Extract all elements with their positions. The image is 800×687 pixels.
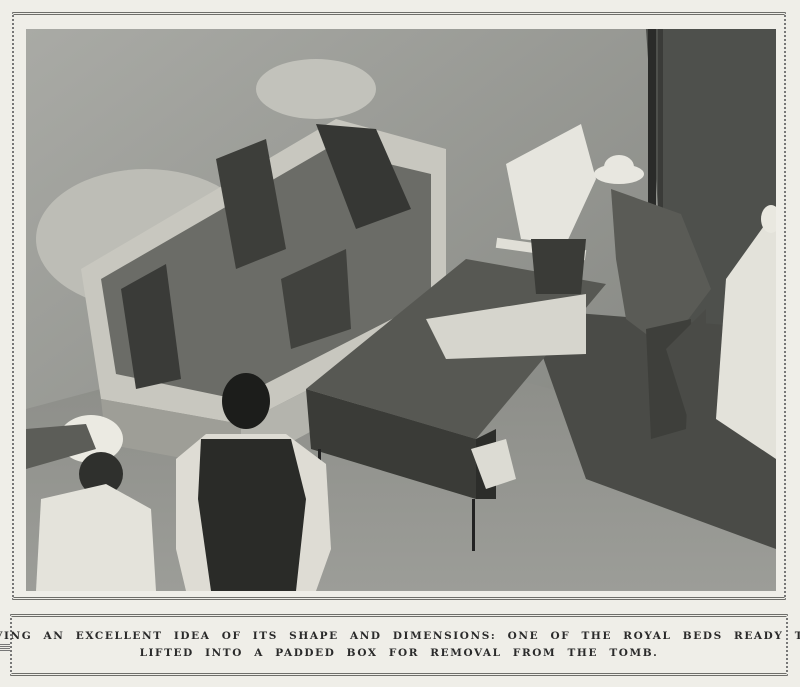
photo-scene [26,29,776,591]
caption-box: 3. GIVING AN EXCELLENT IDEA OF ITS SHAPE… [10,614,788,676]
caption-line-1: 3. GIVING AN EXCELLENT IDEA OF ITS SHAPE… [0,628,800,645]
historical-photograph [26,29,776,591]
caption-line-2: LIFTED INTO A PADDED BOX FOR REMOVAL FRO… [140,645,659,662]
